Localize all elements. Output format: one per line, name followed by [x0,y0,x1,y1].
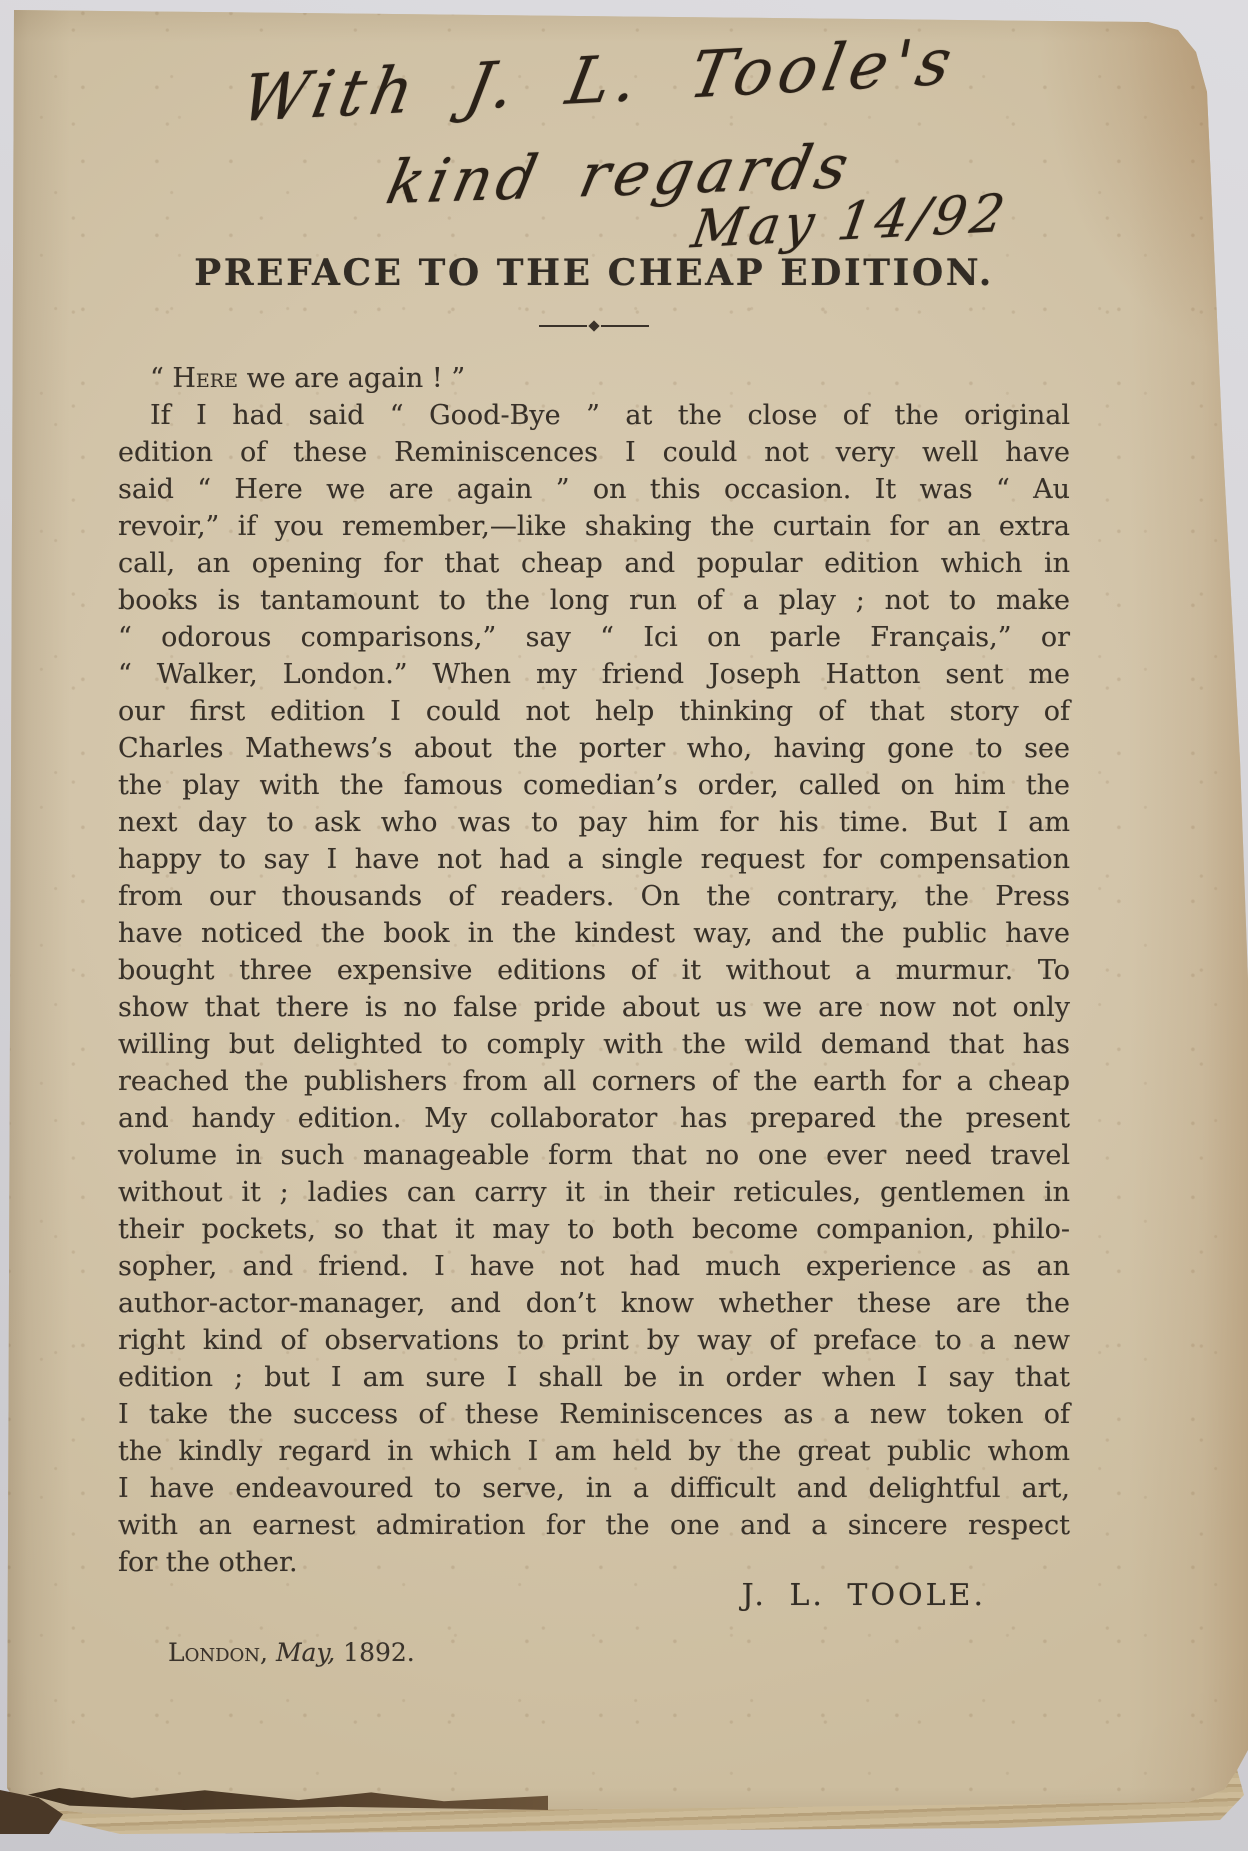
preface-line: for the other. [118,1544,1070,1581]
preface-line: bought three expensive editions of it wi… [118,952,1070,989]
book-page: With J. L. Toole's kind regards May 14/9… [0,0,1248,1851]
preface-line: reached the publishers from all corners … [118,1063,1070,1100]
preface-line: volume in such manageable form that no o… [118,1137,1070,1174]
preface-body: “ Here we are again ! ” If I had said “ … [118,360,1070,1581]
preface-line: edition of these Reminiscences I could n… [118,434,1070,471]
preface-line: their pockets, so that it may to both be… [118,1211,1070,1248]
preface-line: books is tantamount to the long run of a… [118,582,1070,619]
opening-quote-mark: “ [150,363,172,394]
preface-line: call, an opening for that cheap and popu… [118,545,1070,582]
page-title: PREFACE TO THE CHEAP EDITION. [118,252,1070,294]
preface-line: from our thousands of readers. On the co… [118,878,1070,915]
preface-line: right kind of observations to print by w… [118,1322,1070,1359]
preface-line: willing but delighted to comply with the… [118,1026,1070,1063]
author-signature: J. L. TOOLE. [118,1578,1070,1613]
preface-line: “ Walker, London.” When my friend Joseph… [118,656,1070,693]
preface-line: revoir,” if you remember,—like shaking t… [118,508,1070,545]
preface-line: happy to say I have not had a single req… [118,841,1070,878]
photo-background: With J. L. Toole's kind regards May 14/9… [0,0,1248,1851]
preface-line: “ odorous comparisons,” say “ Ici on par… [118,619,1070,656]
preface-line: and handy edition. My collaborator has p… [118,1100,1070,1137]
preface-line: show that there is no false pride about … [118,989,1070,1026]
divider-line-right [601,325,649,328]
dateline-month: May, [276,1638,335,1667]
preface-line: If I had said “ Good-Bye ” at the close … [118,397,1070,434]
preface-line: the kindly regard in which I am held by … [118,1433,1070,1470]
preface-line: Charles Mathews’s about the porter who, … [118,730,1070,767]
preface-line: our first edition I could not help think… [118,693,1070,730]
opening-rest: we are again ! ” [238,363,465,394]
preface-line: author-actor-manager, and don’t know whe… [118,1285,1070,1322]
dateline: London, May, 1892. [168,1638,415,1667]
preface-paragraph: If I had said “ Good-Bye ” at the close … [118,397,1070,1581]
preface-line: edition ; but I am sure I shall be in or… [118,1359,1070,1396]
preface-line: said “ Here we are again ” on this occas… [118,471,1070,508]
handwritten-inscription-line1: With J. L. Toole's [235,25,963,137]
divider-diamond-icon [588,320,599,331]
preface-line: the play with the famous comedian’s orde… [118,767,1070,804]
preface-line: have noticed the book in the kindest way… [118,915,1070,952]
dateline-year: 1892. [343,1638,415,1667]
preface-line: sopher, and friend. I have not had much … [118,1248,1070,1285]
preface-line: next day to ask who was to pay him for h… [118,804,1070,841]
preface-line: I take the success of these Reminiscence… [118,1396,1070,1433]
preface-line: I have endeavoured to serve, in a diffic… [118,1470,1070,1507]
divider-line-left [539,325,587,328]
opening-smallcaps-word: Here [172,363,238,394]
preface-line: without it ; ladies can carry it in thei… [118,1174,1070,1211]
opening-quote-line: “ Here we are again ! ” [118,360,1070,397]
title-divider-ornament [118,322,1070,330]
dateline-place: London, [168,1638,268,1667]
preface-line: with an earnest admiration for the one a… [118,1507,1070,1544]
